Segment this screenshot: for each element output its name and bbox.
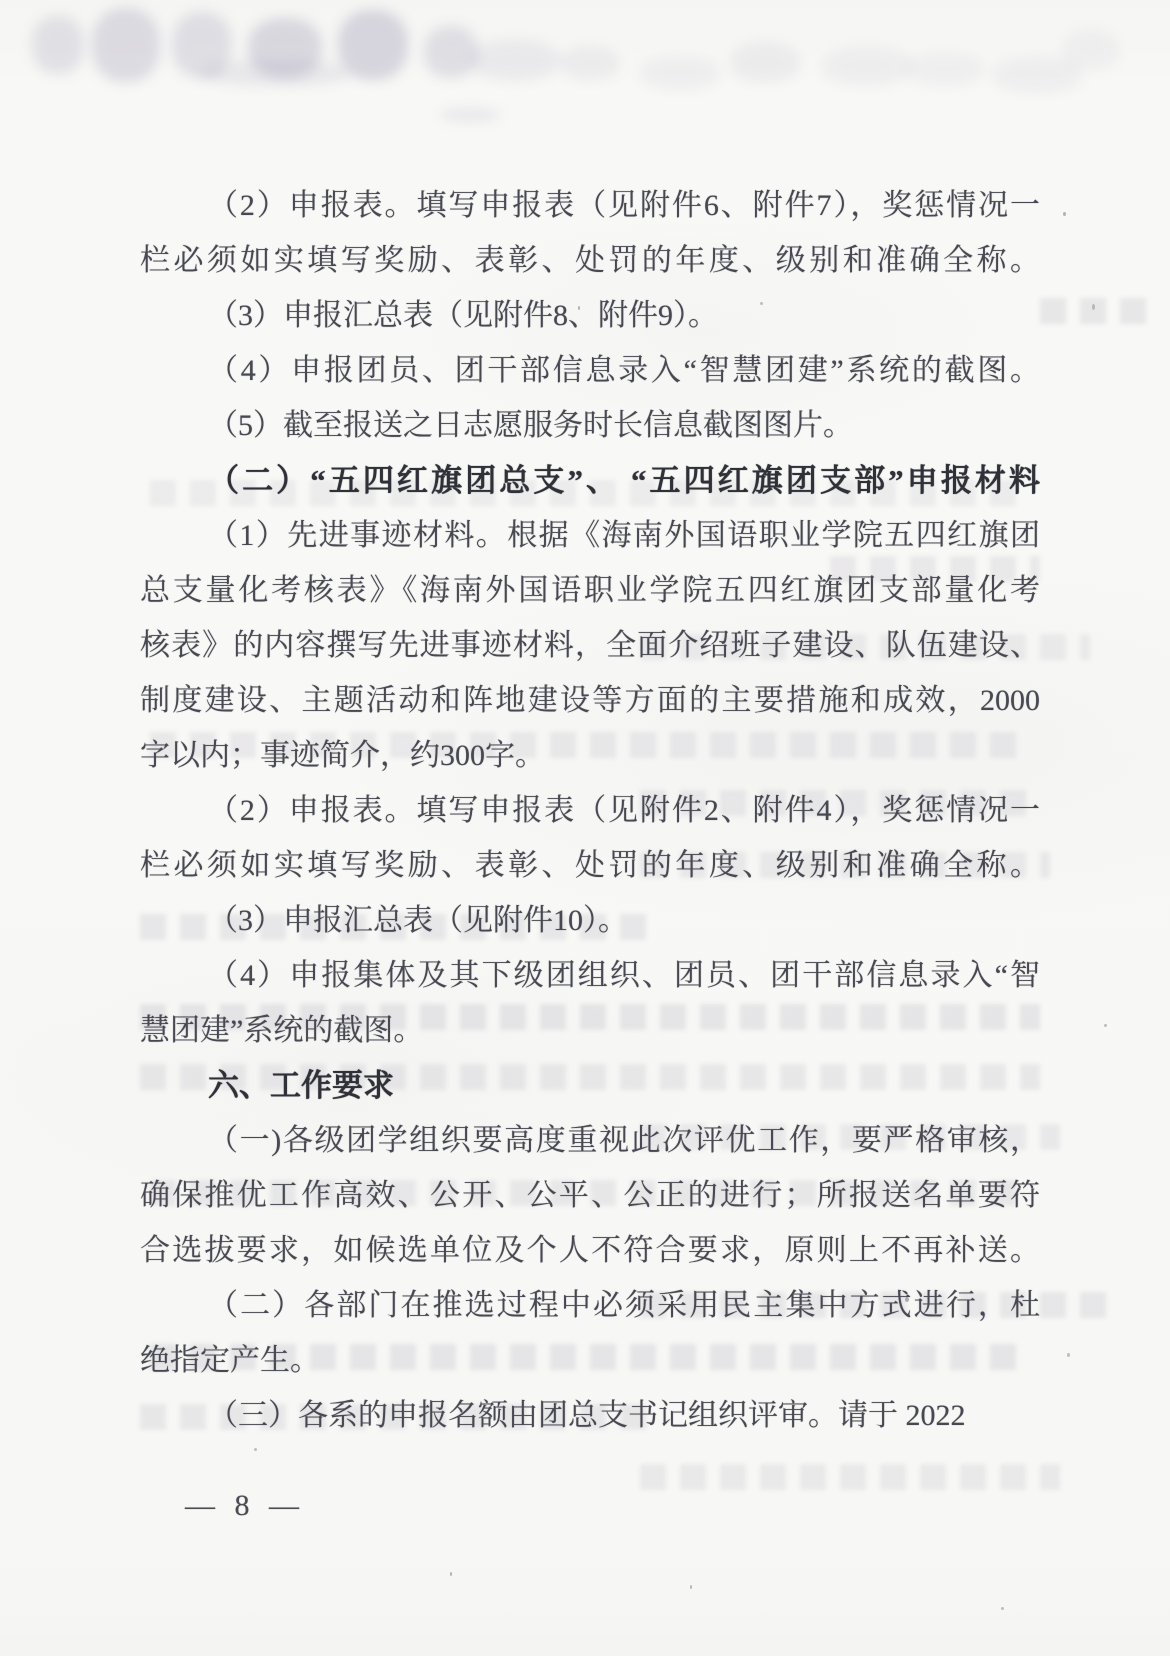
ink-smudge <box>640 56 720 90</box>
text-line: 确保推优工作高效、公开、公平、公正的进行；所报送名单要符 <box>140 1168 1040 1223</box>
text-line: （5）截至报送之日志愿服务时长信息截图图片。 <box>140 398 1040 453</box>
text-line: 字以内；事迹简介，约300字。 <box>140 728 1040 783</box>
text-line: 绝指定产生。 <box>140 1333 1040 1388</box>
text-line: 制度建设、主题活动和阵地建设等方面的主要措施和成效，2000 <box>140 673 1040 728</box>
dust-speck <box>760 302 763 305</box>
ink-smudge <box>440 108 500 122</box>
ink-smudge <box>1062 30 1120 70</box>
dust-speck <box>1063 212 1066 216</box>
dust-speck <box>578 306 580 310</box>
ink-smudge <box>200 60 350 86</box>
dust-speck <box>1001 1607 1004 1610</box>
text-line: 栏必须如实填写奖励、表彰、处罚的年度、级别和准确全称。 <box>140 233 1040 288</box>
ink-smudge <box>730 42 800 82</box>
dust-speck <box>690 1585 692 1589</box>
dust-speck <box>1092 304 1095 310</box>
scanned-document-page: （2）申报表。填写申报表（见附件6、附件7），奖惩情况一栏必须如实填写奖励、表彰… <box>0 0 1170 1656</box>
page-number: — 8 — <box>185 1478 305 1533</box>
dust-speck <box>1104 1024 1107 1027</box>
ink-smudge <box>470 40 560 80</box>
bleedthrough-ghost-line <box>1040 298 1150 324</box>
text-line: （4）申报团员、团干部信息录入“智慧团建”系统的截图。 <box>140 343 1040 398</box>
text-line: （4）申报集体及其下级团组织、团员、团干部信息录入“智 <box>140 948 1040 1003</box>
dust-speck <box>905 1297 909 1302</box>
text-line: （2）申报表。填写申报表（见附件2、附件4），奖惩情况一 <box>140 783 1040 838</box>
dust-speck <box>1067 1353 1070 1357</box>
dust-speck <box>254 1448 257 1451</box>
text-line: （二）各部门在推选过程中必须采用民主集中方式进行，杜 <box>140 1278 1040 1333</box>
document-body-text: （2）申报表。填写申报表（见附件6、附件7），奖惩情况一栏必须如实填写奖励、表彰… <box>140 178 1040 1443</box>
ink-smudge <box>905 52 985 86</box>
ink-smudge <box>424 26 478 78</box>
text-line: 慧团建”系统的截图。 <box>140 1003 1040 1058</box>
text-line: （一)各级团学组织要高度重视此次评优工作，要严格审核， <box>140 1113 1040 1168</box>
text-line: 核表》的内容撰写先进事迹材料，全面介绍班子建设、队伍建设、 <box>140 618 1040 673</box>
bleedthrough-ghost-line <box>640 1464 1060 1490</box>
heading-line: （二）“五四红旗团总支”、 “五四红旗团支部”申报材料 <box>140 453 1040 508</box>
text-line: （三）各系的申报名额由团总支书记组织评审。请于 2022 <box>140 1388 1040 1443</box>
heading-line: 六、工作要求 <box>140 1058 1040 1113</box>
text-line: 合选拔要求，如候选单位及个人不符合要求，原则上不再补送。 <box>140 1223 1040 1278</box>
ink-smudge <box>32 16 84 74</box>
text-line: （3）申报汇总表（见附件8、附件9）。 <box>140 288 1040 343</box>
text-line: 总支量化考核表》《海南外国语职业学院五四红旗团支部量化考 <box>140 563 1040 618</box>
text-line: （2）申报表。填写申报表（见附件6、附件7），奖惩情况一 <box>140 178 1040 233</box>
dust-speck <box>450 1572 452 1576</box>
text-line: （3）申报汇总表（见附件10）。 <box>140 893 1040 948</box>
ink-smudge <box>822 46 912 86</box>
ink-smudge <box>560 46 620 80</box>
text-line: （1）先进事迹材料。根据《海南外国语职业学院五四红旗团 <box>140 508 1040 563</box>
text-line: 栏必须如实填写奖励、表彰、处罚的年度、级别和准确全称。 <box>140 838 1040 893</box>
ink-smudge <box>92 8 160 82</box>
